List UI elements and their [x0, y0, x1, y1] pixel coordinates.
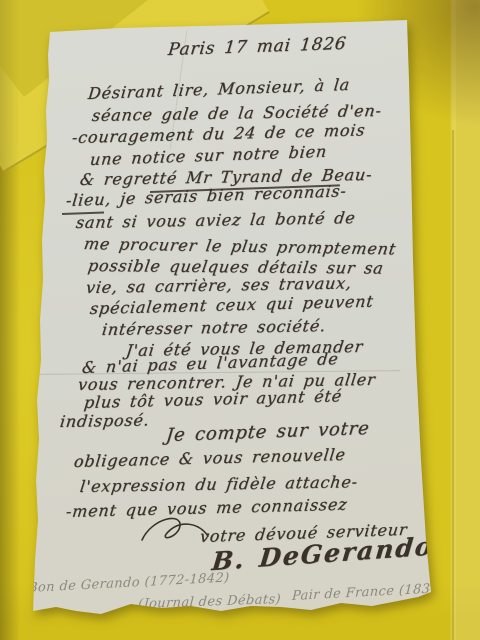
letter-line: sant si vous aviez la bonté de	[75, 210, 356, 231]
letter-line: une notice sur notre bien	[89, 144, 328, 168]
pencil-note-name: Bon de Gerando (1772-1842)	[28, 570, 230, 596]
pencil-note-pair: Pair de France (1837)	[292, 581, 445, 604]
letter-line: Désirant lire, Monsieur, à la	[87, 77, 351, 102]
pencil-note-journal: (Journal des Débats)	[137, 592, 281, 612]
letter-line: me procurer le plus promptement	[83, 236, 397, 257]
photo-background: Paris 17 mai 1826 Désirant lire, Monsieu…	[0, 0, 480, 640]
letter-line: l'expression du fidèle attache-	[79, 474, 359, 495]
letter-paper-wrap: Paris 17 mai 1826 Désirant lire, Monsieu…	[0, 0, 480, 640]
letter-line: obligeance & vous renouvelle	[73, 447, 347, 470]
letter-dateline: Paris 17 mai 1826	[167, 36, 347, 59]
letter-line: intéresser notre société.	[101, 318, 327, 338]
letter-line: indisposé.	[59, 412, 151, 430]
letter-line: spécialement ceux qui peuvent	[89, 294, 374, 317]
paraph-flourish	[138, 514, 212, 546]
letter-line: plus tôt vous voir ayant été	[83, 388, 343, 411]
letter-paper: Paris 17 mai 1826 Désirant lire, Monsieu…	[0, 0, 480, 640]
letter-line: Je compte sur votre	[165, 420, 370, 445]
